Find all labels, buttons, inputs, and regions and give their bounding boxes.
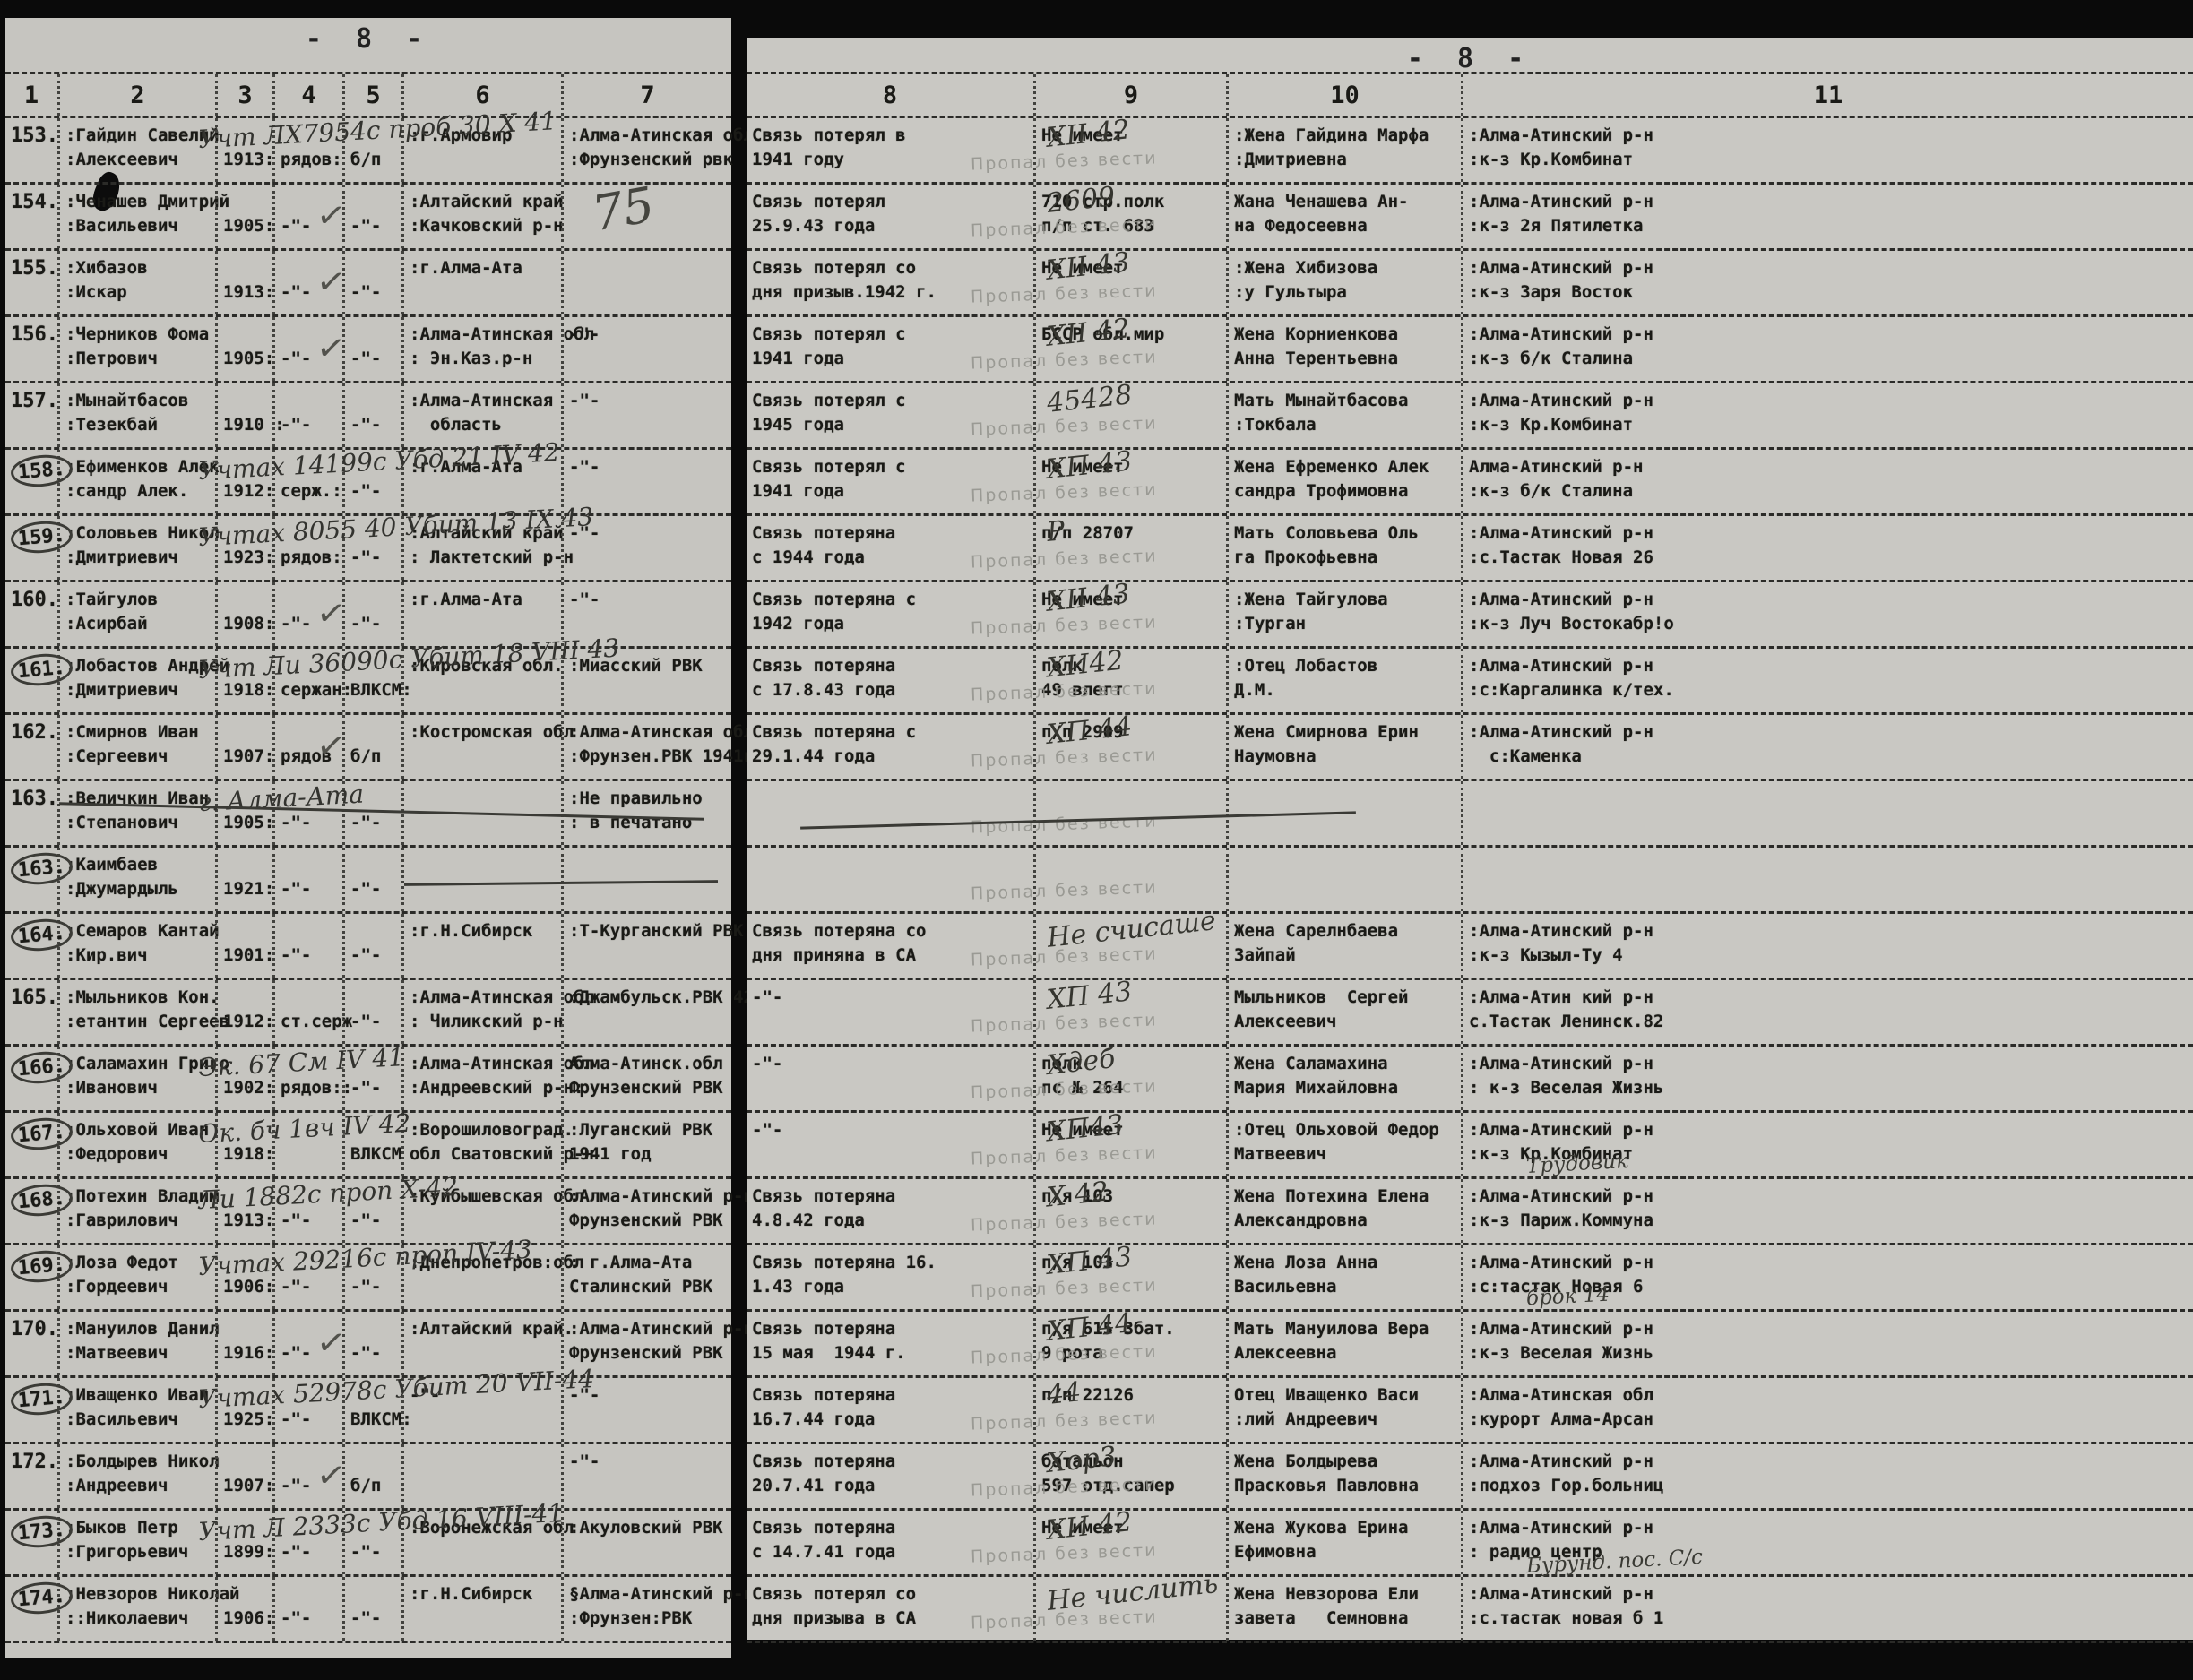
relative-name: :Жена Хибизова:у Гультыра <box>1226 251 1461 314</box>
row-number: 155. <box>5 251 57 314</box>
row-number: 162. <box>5 715 57 779</box>
table-row: Связь потеряна15 мая 1944 г. п/я 615 Зба… <box>747 1312 2193 1378</box>
row-number: 163. <box>5 781 57 845</box>
soldier-name: :Каимбаев:Джумардыль <box>57 848 215 911</box>
relative-address: :Алма-Атинский р-н:к-з Кр.Комбинат <box>1461 118 2193 182</box>
relative-name: Мыльников СергейАлексеевич <box>1226 980 1461 1044</box>
row-number-text: 156. <box>11 323 58 346</box>
row-number: 156. <box>5 317 57 381</box>
birth-place: :Алтайский край:Качковский р-н <box>401 185 561 248</box>
handwritten-note: Р <box>1045 515 1066 548</box>
table-row: Связь потеряна16.7.44 года п/п 22126 Оте… <box>747 1378 2193 1444</box>
table-row: Связь потеряна с1942 года Не имеет :Жена… <box>747 582 2193 649</box>
row-number-text: 153. <box>11 125 58 147</box>
row-number: 159. <box>5 516 57 580</box>
table-row: 161. :Лобастов Андрей:Дмитриевич 1918: с… <box>5 649 731 715</box>
column-header: 11 <box>1461 74 2193 116</box>
row-number-text: 162. <box>11 721 58 744</box>
table-row: Связь потеряна содня приняна в СА Жена С… <box>747 914 2193 980</box>
enlistment-office: §Алма-Атинский р-н:Фрунзен:РВК <box>561 1577 731 1641</box>
column-header: 9 <box>1033 74 1226 116</box>
relative-name: Жена Потехина ЕленаАлександровна <box>1226 1179 1461 1243</box>
party-status: -"- <box>342 914 401 978</box>
table-row: 174. :Невзоров Николай::Николаевич 1906:… <box>5 1577 731 1643</box>
relative-address <box>1461 848 2193 911</box>
table-row: 164. :Семаров Кантай:Кир.вич 1901: -"- -… <box>5 914 731 980</box>
relative-name: Отец Иващенко Васи:лий Андреевич <box>1226 1378 1461 1442</box>
row-number: 154. <box>5 185 57 248</box>
table-row: 163. :Величкин Иван:Степанович 1905: -"-… <box>5 781 731 848</box>
table-row: 169. :Лоза Федот:Гордеевич 1906: -"- -"-… <box>5 1245 731 1312</box>
handwritten-note: брок 14 <box>1525 1283 1610 1311</box>
table-row: 173. :Быков Петр:Григорьевич 1899: -"- -… <box>5 1511 731 1577</box>
relative-name: Жена СарелнбаеваЗайпай <box>1226 914 1461 978</box>
enlistment-office: -"- <box>561 317 731 381</box>
party-status: б/п <box>342 715 401 779</box>
soldier-name: :Саламахин Григо:Иванович <box>57 1047 215 1110</box>
handwritten-note: 75 <box>588 177 659 243</box>
row-number-text: 155. <box>11 257 58 280</box>
relative-address: :Алма-Атинская обл:курорт Алма-Арсан <box>1461 1378 2193 1442</box>
soldier-name: :Лобастов Андрей:Дмитриевич <box>57 649 215 712</box>
soldier-name: :Быков Петр:Григорьевич <box>57 1511 215 1574</box>
row-number-text: 165. <box>11 986 58 1009</box>
relative-address: :Алма-Атинский р-н с:Каменка <box>1461 715 2193 779</box>
relative-name: Жана Ченашева Ан-на Федосеевна <box>1226 185 1461 248</box>
soldier-name: :Мынайтбасов:Тезекбай <box>57 383 215 447</box>
column-header: 3 <box>215 74 272 116</box>
party-status: -"- <box>342 185 401 248</box>
table-row: Связь потерял с1941 года БССР обл.мир Же… <box>747 317 2193 383</box>
table-row: -"- полкпс № 264 Жена СаламахинаМария Ми… <box>747 1047 2193 1113</box>
soldier-name: :Ефименков Алек:сандр Алек. <box>57 450 215 513</box>
relative-address: :Алма-Атин кий р-нс.Тастак Ленинск.82 <box>1461 980 2193 1044</box>
table-row: Связь потерял в1941 году Не имеет :Жена … <box>747 118 2193 185</box>
relative-name: Жена Невзорова Елизавета Семновна <box>1226 1577 1461 1641</box>
relative-name: Мать Соловьева Ольга Прокофьевна <box>1226 516 1461 580</box>
row-number: 168. <box>5 1179 57 1243</box>
row-number-text: 154. <box>11 191 58 213</box>
page-right: - 8 - 891011 Связь потерял в1941 году Не… <box>747 38 2193 1640</box>
handwritten-note: Х 42 <box>1045 1176 1109 1213</box>
birth-year: 1907: <box>215 1444 272 1508</box>
enlistment-office: :Т-Курганский РВК <box>561 914 731 978</box>
soldier-name: :Мануилов Данил:Матвеевич <box>57 1312 215 1375</box>
relative-address <box>1461 781 2193 845</box>
party-status: б/п <box>342 1444 401 1508</box>
party-status: -"- <box>342 1577 401 1641</box>
birth-year: 1905: <box>215 317 272 381</box>
party-status: -"- <box>342 383 401 447</box>
soldier-name: :Ольховой Иван:Федорович <box>57 1113 215 1176</box>
relative-name: Жена Ефременко Александра Трофимовна <box>1226 450 1461 513</box>
relative-name: Жена Жукова ЕринаЕфимовна <box>1226 1511 1461 1574</box>
table-row: Связь потеряна4.8.42 года п/я 103 Жена П… <box>747 1179 2193 1245</box>
soldier-name: :Смирнов Иван:Сергеевич <box>57 715 215 779</box>
soldier-name: :Ченашев Дмитрий:Васильевич <box>57 185 215 248</box>
table-row: Пропал без вести <box>747 781 2193 848</box>
page-number-right: - 8 - <box>747 43 2193 74</box>
birth-year: 1921: <box>215 848 272 911</box>
enlistment-office <box>561 251 731 314</box>
row-number: 172. <box>5 1444 57 1508</box>
rank: ст.серж <box>272 980 342 1044</box>
birth-place: :г.Н.Сибирск <box>401 914 561 978</box>
rank: -"- <box>272 383 342 447</box>
table-row: 171. :Иващенко Иван:Васильевич 1925: -"-… <box>5 1378 731 1444</box>
soldier-name: :Хибазов:Искар <box>57 251 215 314</box>
row-number: 169. <box>5 1245 57 1309</box>
soldier-name: :Иващенко Иван:Васильевич <box>57 1378 215 1442</box>
column-header: 10 <box>1226 74 1461 116</box>
birth-year: 1905: <box>215 185 272 248</box>
relative-address: :Алма-Атинский р-н:подхоз Гор.больниц <box>1461 1444 2193 1508</box>
party-status: -"- <box>342 980 401 1044</box>
relative-address: :Алма-Атинский р-н: к-з Веселая Жизнь <box>1461 1047 2193 1110</box>
relative-name: Жена БолдыреваПрасковья Павловна <box>1226 1444 1461 1508</box>
party-status: -"- <box>342 848 401 911</box>
table-row: Связь потерял содня призыв.1942 г. Не им… <box>747 251 2193 317</box>
birth-place: :г.Н.Сибирск <box>401 1577 561 1641</box>
birth-place: :Алма-Атинская обл: Эн.Каз.р-н <box>401 317 561 381</box>
soldier-name: :Потехин Владим:Гаврилович <box>57 1179 215 1243</box>
row-number: 163. <box>5 848 57 911</box>
column-header: 5 <box>342 74 401 116</box>
table-row: Связь потеряна с29.1.44 года п/п 2909 Же… <box>747 715 2193 781</box>
relative-address: :Алма-Атинский р-н:к-з Веселая Жизнь <box>1461 1312 2193 1375</box>
birth-year: 1906: <box>215 1577 272 1641</box>
relative-name: :Отец Ольховой ФедорМатвеевич <box>1226 1113 1461 1176</box>
relative-name: Мать Мануилова ВераАлексеевна <box>1226 1312 1461 1375</box>
row-number: 171. <box>5 1378 57 1442</box>
relative-address: :Алма-Атинский р-н:к-з Заря Восток <box>1461 251 2193 314</box>
row-number-text: 163. <box>11 788 58 810</box>
table-row: Связь потерял с1941 года Не имеет Жена Е… <box>747 450 2193 516</box>
soldier-name: :Черников Фома:Петрович <box>57 317 215 381</box>
rank: -"- <box>272 1577 342 1641</box>
row-number: 170. <box>5 1312 57 1375</box>
birth-year: 1908: <box>215 582 272 646</box>
birth-year: 1916: <box>215 1312 272 1375</box>
row-number-text: 160. <box>11 589 58 611</box>
scanned-document: - 8 - 1234567 153. :Гайдин Савелий:Алекс… <box>0 0 2193 1680</box>
soldier-name: :Мыльников Кон.:етантин Сергеев <box>57 980 215 1044</box>
relative-address: :Алма-Атинский р-н:к-з 2я Пятилетка <box>1461 185 2193 248</box>
party-status: -"- <box>342 1312 401 1375</box>
table-row: Связь потеряна20.7.41 года батальон597 о… <box>747 1444 2193 1511</box>
party-status: -"- <box>342 317 401 381</box>
rank: -"- <box>272 848 342 911</box>
relative-address: :Алма-Атинский р-н:с.Тастак Новая 26 <box>1461 516 2193 580</box>
row-number: 153. <box>5 118 57 182</box>
table-row: 153. :Гайдин Савелий:Алексеевич 1913: ря… <box>5 118 731 185</box>
birth-year: 1901: <box>215 914 272 978</box>
page-number-left: - 8 - <box>5 23 731 55</box>
table-row: Связь потеряна 16.1.43 года п/я 103 Жена… <box>747 1245 2193 1312</box>
table-row: 163. :Каимбаев:Джумардыль 1921: -"- -"- <box>5 848 731 914</box>
relative-name: :Отец ЛобастовД.М. <box>1226 649 1461 712</box>
soldier-name: :Тайгулов:Асирбай <box>57 582 215 646</box>
table-row: Связь потерял с1945 года Мать Мынайтбасо… <box>747 383 2193 450</box>
relative-name: Мать Мынайтбасова:Токбала <box>1226 383 1461 447</box>
relative-address: :Алма-Атинский р-н:с:Каргалинка к/тех. <box>1461 649 2193 712</box>
soldier-name: :Невзоров Николай::Николаевич <box>57 1577 215 1641</box>
relative-address: :Алма-Атинский р-н:с.тастак новая б 1 <box>1461 1577 2193 1641</box>
soldier-name: :Соловьев Никол:Дмитриевич <box>57 516 215 580</box>
relative-address: :Алма-Атинский р-н:к-з Кр.Комбинат <box>1461 383 2193 447</box>
relative-name: Жена Смирнова ЕринНаумовна <box>1226 715 1461 779</box>
row-number: 166. <box>5 1047 57 1110</box>
relative-address: Алма-Атинский р-н:к-з б/к Сталина <box>1461 450 2193 513</box>
row-number: 161. <box>5 649 57 712</box>
row-number-text: 172. <box>11 1451 58 1473</box>
soldier-name: :Семаров Кантай:Кир.вич <box>57 914 215 978</box>
birth-year: 1907: <box>215 715 272 779</box>
birth-place <box>401 848 561 911</box>
soldier-name: :Величкин Иван:Степанович <box>57 781 215 845</box>
relative-name <box>1226 848 1461 911</box>
table-row: 156. :Черников Фома:Петрович 1905: -"- -… <box>5 317 731 383</box>
column-header: 8 <box>747 74 1033 116</box>
row-number: 160. <box>5 582 57 646</box>
table-row: Связь потерял25.9.43 года 710 стр.полкп/… <box>747 185 2193 251</box>
row-number: 164. <box>5 914 57 978</box>
row-number: 157. <box>5 383 57 447</box>
relative-name: :Жена Тайгулова:Турган <box>1226 582 1461 646</box>
table-row: Связь потерянас 17.8.43 года полк49 влег… <box>747 649 2193 715</box>
table-row: 155. :Хибазов:Искар 1913: -"- -"- :г.Алм… <box>5 251 731 317</box>
party-status: -"- <box>342 582 401 646</box>
column-header: 4 <box>272 74 342 116</box>
handwritten-note: 44 <box>1045 1376 1083 1411</box>
relative-address: :Алма-Атинский р-н:к-з Париж.Коммуна <box>1461 1179 2193 1243</box>
relative-name: :Жена Гайдина Марфа:Дмитриевна <box>1226 118 1461 182</box>
table-row: Связь потерянас 14.7.41 года Не имеет Же… <box>747 1511 2193 1577</box>
table-row: -"- Мыльников СергейАлексеевич :Алма-Ати… <box>747 980 2193 1047</box>
row-number-text: 157. <box>11 390 58 412</box>
relative-name: Жена Лоза АннаВасильевна <box>1226 1245 1461 1309</box>
soldier-name: :Гайдин Савелий:Алексеевич <box>57 118 215 182</box>
relative-address: :Алма-Атинский р-н:к-з б/к Сталина <box>1461 317 2193 381</box>
rank: -"- <box>272 914 342 978</box>
table-row: -"- Не имеет :Отец Ольховой ФедорМатвеев… <box>747 1113 2193 1179</box>
row-number: 158. <box>5 450 57 513</box>
birth-year: 1913: <box>215 251 272 314</box>
relative-name: Жена СаламахинаМария Михайловна <box>1226 1047 1461 1110</box>
table-body-right: Связь потерял в1941 году Не имеет :Жена … <box>747 118 2193 1643</box>
table-row: Пропал без вести <box>747 848 2193 914</box>
row-number-text: 170. <box>11 1318 58 1340</box>
relative-address: :Алма-Атинский р-н:к-з Луч Востокабр!о <box>1461 582 2193 646</box>
table-row: 154. :Ченашев Дмитрий:Васильевич 1905: -… <box>5 185 731 251</box>
table-row: Связь потерянас 1944 года п/п 28707 Мать… <box>747 516 2193 582</box>
birth-year: 1912: <box>215 980 272 1044</box>
column-header: 2 <box>57 74 215 116</box>
birth-place: :г.Алма-Ата <box>401 251 561 314</box>
party-status: -"- <box>342 251 401 314</box>
row-number: 165. <box>5 980 57 1044</box>
page-left: - 8 - 1234567 153. :Гайдин Савелий:Алекс… <box>5 18 731 1658</box>
row-number: 167. <box>5 1113 57 1176</box>
row-number: 173. <box>5 1511 57 1574</box>
row-number: 174. <box>5 1577 57 1641</box>
table-body-left: 153. :Гайдин Савелий:Алексеевич 1913: ря… <box>5 118 731 1643</box>
column-header-row-right: 891011 <box>747 72 2193 118</box>
relative-address: :Алма-Атинский р-н:к-з Кызыл-Ту 4 <box>1461 914 2193 978</box>
table-row: 159. :Соловьев Никол:Дмитриевич 1923: ря… <box>5 516 731 582</box>
birth-year: 1910 : <box>215 383 272 447</box>
soldier-name: :Болдырев Никол:Андреевич <box>57 1444 215 1508</box>
column-header: 1 <box>5 74 57 116</box>
soldier-name: :Лоза Федот:Гордеевич <box>57 1245 215 1309</box>
table-row: Связь потерял содня призыва в СА Жена Не… <box>747 1577 2193 1643</box>
relative-name: Жена КорниенковаАнна Терентьевна <box>1226 317 1461 381</box>
